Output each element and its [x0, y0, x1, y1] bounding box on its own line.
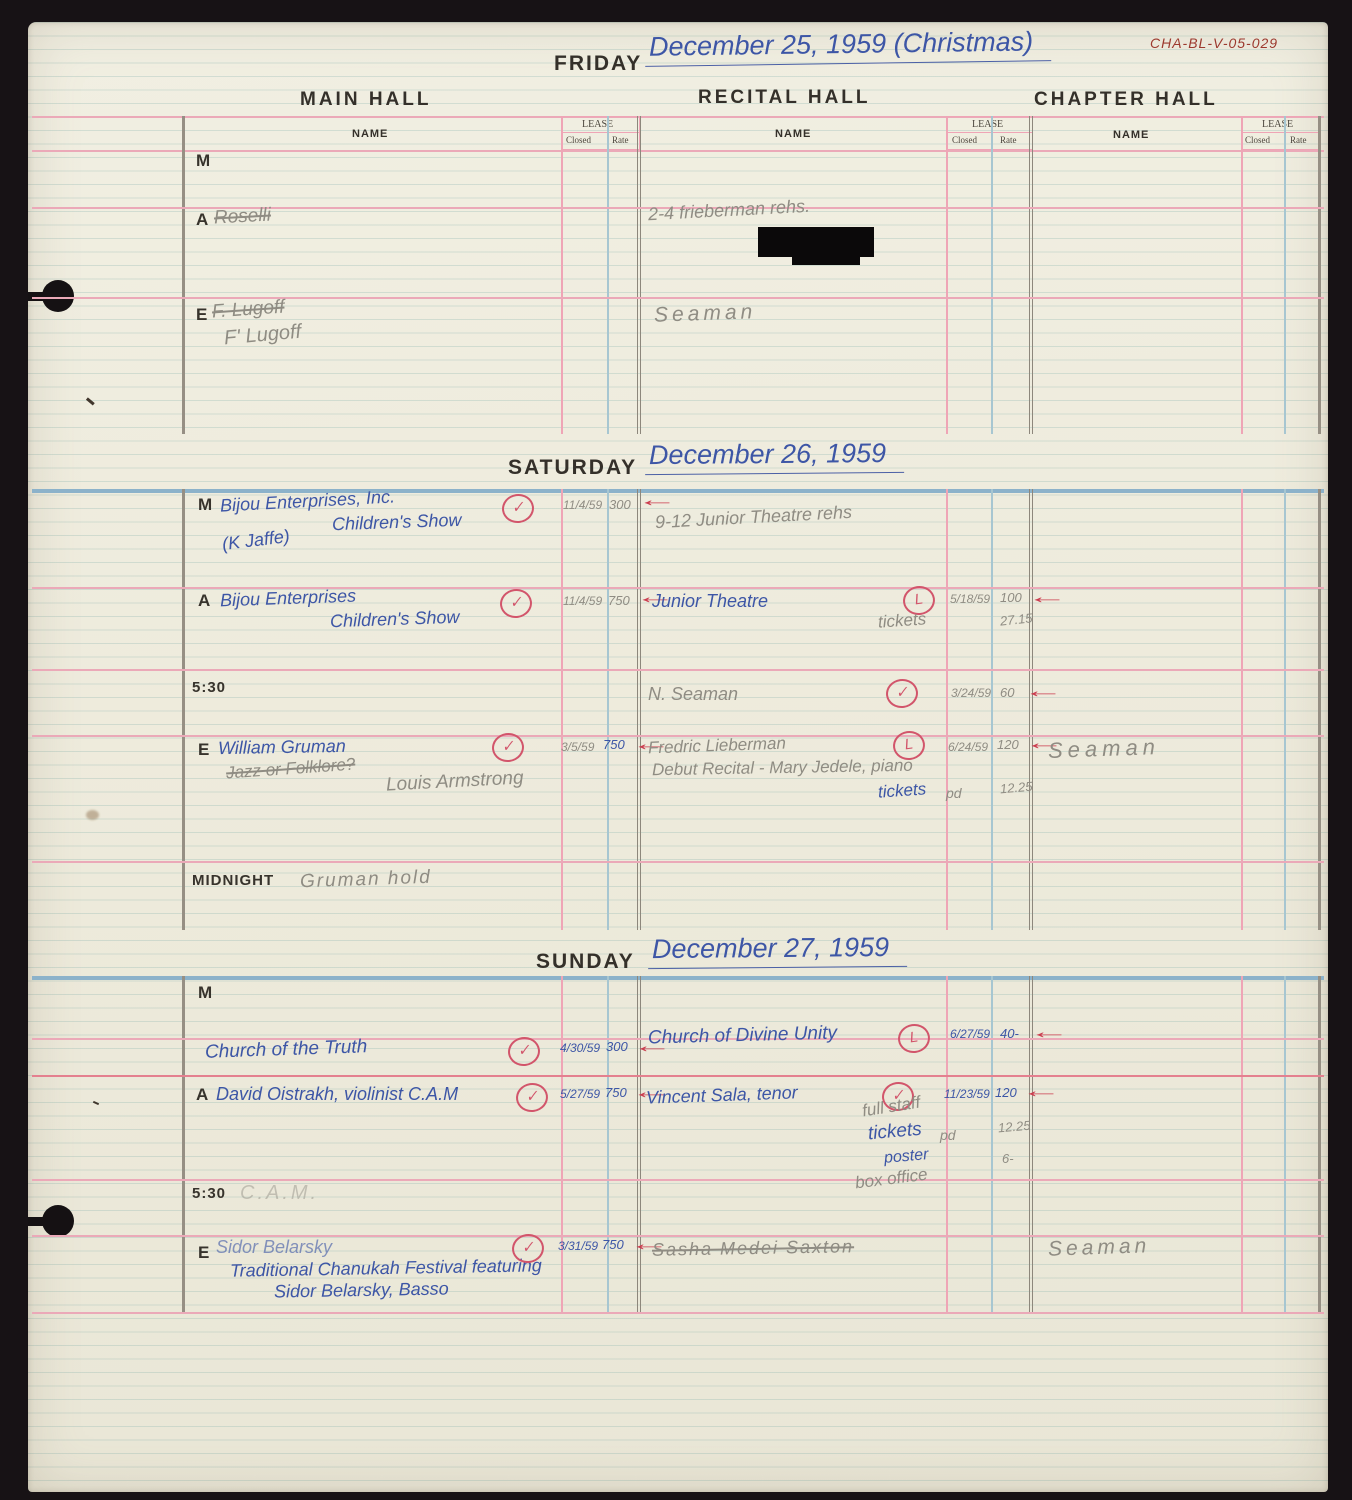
- day-label-friday: FRIDAY: [554, 52, 642, 75]
- grid-line: [32, 150, 1324, 152]
- row-label-530: 5:30: [192, 680, 226, 697]
- lease-rate3-sun-a-recital: 6-: [1002, 1152, 1014, 1166]
- lease-header-chapter: LEASE: [1262, 119, 1293, 130]
- day-label-saturday: SATURDAY: [508, 456, 637, 479]
- col-header-name-main: NAME: [352, 128, 388, 140]
- grid-line: [32, 587, 1324, 589]
- row-label-e: E: [196, 306, 207, 325]
- grid-line: [32, 1179, 1324, 1181]
- hall-title-main: MAIN HALL: [300, 90, 431, 111]
- grid-line: [32, 976, 1324, 980]
- col-header-name-chapter: NAME: [1113, 129, 1149, 141]
- hall-title-recital: RECITAL HALL: [698, 88, 871, 109]
- lease-closed-sat-e-main: 3/5/59: [561, 741, 594, 754]
- closed-header-recital: Closed: [952, 136, 977, 146]
- grid-line: [32, 489, 1324, 493]
- redaction-box: [758, 227, 874, 257]
- date-saturday: December 26, 1959: [645, 439, 904, 475]
- entry-sun-530-main: C.A.M.: [240, 1182, 319, 1204]
- entry-sat-e-chapter: Seaman: [1048, 735, 1161, 763]
- grid-line: [32, 1075, 1324, 1077]
- grid-line: [607, 116, 609, 434]
- grid-line: [561, 976, 563, 1312]
- lease-rate-sat-a-recital: 100: [1000, 591, 1022, 605]
- entry-sun-e-main-line1: Sidor Belarsky: [216, 1238, 332, 1258]
- grid-line: [946, 116, 948, 434]
- entry-friday-e-recital: Seaman: [654, 300, 757, 327]
- lease-rate2-sun-a-recital: 12.25: [997, 1119, 1031, 1136]
- lease-box-divider: [946, 132, 1033, 133]
- grid-line: [1284, 116, 1286, 434]
- lease-closed-sat-a-recital: 5/18/59: [950, 593, 990, 606]
- grid-line: [561, 116, 563, 434]
- col-header-name-recital: NAME: [775, 128, 811, 140]
- stain-smudge: [86, 810, 99, 820]
- note-sun-a-pd: pd: [940, 1128, 956, 1143]
- grid-line: [1029, 116, 1033, 434]
- lease-closed-sun-a-main: 5/27/59: [560, 1088, 600, 1101]
- grid-line: [607, 976, 609, 1312]
- grid-line: [946, 489, 948, 930]
- row-label-a: A: [198, 592, 210, 611]
- entry-sun-a-main: David Oistrakh, violinist C.A.M: [216, 1085, 458, 1105]
- entry-sun-e-main-line3: Sidor Belarsky, Basso: [274, 1279, 449, 1302]
- lease-rate-sat-a-main: 750: [608, 594, 630, 608]
- grid-line: [182, 489, 185, 930]
- rate-header-main: Rate: [612, 136, 629, 146]
- row-label-m: M: [196, 152, 210, 171]
- grid-line: [1029, 489, 1033, 930]
- rate-header-chapter: Rate: [1290, 136, 1307, 146]
- grid-line: [32, 1312, 1324, 1314]
- grid-line: [1241, 489, 1243, 930]
- lease-rate-sun-church-main: 300: [606, 1040, 628, 1054]
- lease-box-divider: [1241, 132, 1319, 133]
- date-sunday: December 27, 1959: [648, 933, 907, 969]
- lease-closed-sun-e-main: 3/31/59: [558, 1240, 598, 1253]
- grid-line: [1241, 116, 1243, 434]
- grid-line: [1284, 976, 1286, 1312]
- grid-line: [1241, 976, 1243, 1312]
- grid-line: [991, 976, 993, 1312]
- row-label-a: A: [196, 1086, 208, 1105]
- lease-rate-sun-a-main: 750: [605, 1086, 627, 1100]
- grid-line: [1318, 116, 1321, 434]
- grid-line: [182, 116, 185, 434]
- grid-line: [32, 669, 1324, 671]
- lease-box-divider: [561, 132, 640, 133]
- note-sat-a-recital-tickets: tickets: [877, 610, 926, 632]
- catalog-number: CHA-BL-V-05-029: [1150, 36, 1278, 51]
- grid-line: [991, 116, 993, 434]
- lease-closed-sat-530-recital: 3/24/59: [951, 687, 991, 700]
- row-label-530: 5:30: [192, 1186, 226, 1203]
- note-sat-e-recital-tickets: tickets: [877, 780, 926, 802]
- lease-rate-sat-530-recital: 60: [1000, 686, 1014, 700]
- lease-header-recital: LEASE: [972, 119, 1003, 130]
- row-label-a: A: [196, 211, 208, 230]
- lease-closed-sun-a-recital: 11/23/59: [944, 1088, 990, 1101]
- entry-sat-530-recital: N. Seaman: [648, 685, 738, 705]
- row-label-midnight: MIDNIGHT: [192, 873, 274, 890]
- red-arrow: ←: [1022, 682, 1064, 703]
- lease-closed-sat-e-recital: 6/24/59: [948, 741, 988, 754]
- lease-rate-sun-church-recital: 40-: [1000, 1027, 1019, 1041]
- red-arrow: ←: [1020, 1082, 1062, 1103]
- lease-closed-sun-church-recital: 6/27/59: [950, 1028, 990, 1041]
- red-arrow: ←: [1028, 1023, 1070, 1044]
- hall-title-chapter: CHAPTER HALL: [1034, 90, 1218, 111]
- grid-line: [32, 861, 1324, 863]
- grid-line: [637, 489, 641, 930]
- row-label-m: M: [198, 496, 212, 515]
- date-friday: December 25, 1959 (Christmas): [645, 27, 1052, 66]
- entry-sun-e-chapter: Seaman: [1048, 1234, 1151, 1261]
- lease-rate2-sat-e-recital: 12.25: [999, 780, 1033, 797]
- entry-sun-e-recital-crossed: Sasha Medei Saxton: [652, 1237, 854, 1260]
- row-label-e: E: [198, 741, 209, 760]
- lease-closed-sat-m-main: 11/4/59: [563, 499, 602, 512]
- grid-line: [637, 116, 641, 434]
- grid-line: [991, 489, 993, 930]
- grid-line: [1318, 976, 1321, 1312]
- day-label-sunday: SUNDAY: [536, 950, 635, 973]
- grid-line: [32, 116, 1324, 118]
- grid-line: [1284, 489, 1286, 930]
- closed-header-chapter: Closed: [1245, 136, 1270, 146]
- note-sat-e-recital-pd: pd: [946, 786, 962, 801]
- hole-punch-bottom-stem: [28, 1217, 48, 1226]
- lease-rate-sat-e-recital: 120: [997, 738, 1019, 752]
- grid-line: [946, 976, 948, 1312]
- entry-friday-a-main: Roselli: [213, 206, 271, 230]
- ledger-scan-page: FRIDAY December 25, 1959 (Christmas) CHA…: [0, 0, 1352, 1500]
- red-arrow: ←: [636, 491, 678, 512]
- lease-rate-sat-e-main: 750: [603, 738, 625, 752]
- row-label-e: E: [198, 1244, 209, 1263]
- lease-closed-sun-church-main: 4/30/59: [560, 1042, 600, 1055]
- lease-rate-sun-a-recital: 120: [995, 1086, 1017, 1100]
- grid-line: [32, 297, 1324, 299]
- closed-header-main: Closed: [566, 136, 591, 146]
- entry-sat-a-recital: Junior Theatre: [652, 592, 768, 612]
- grid-line: [182, 976, 185, 1312]
- red-arrow: ←: [1026, 588, 1068, 609]
- lease-closed-sat-a-main: 11/4/59: [563, 595, 602, 608]
- redaction-box: [792, 254, 860, 265]
- grid-line: [561, 489, 563, 930]
- grid-line: [1318, 489, 1321, 930]
- lease-rate-sun-e-main: 750: [602, 1238, 624, 1252]
- row-label-m: M: [198, 984, 212, 1003]
- rate-header-recital: Rate: [1000, 136, 1017, 146]
- grid-line: [607, 489, 609, 930]
- grid-line: [637, 976, 641, 1312]
- lease-rate-sat-m-main: 300: [609, 498, 631, 512]
